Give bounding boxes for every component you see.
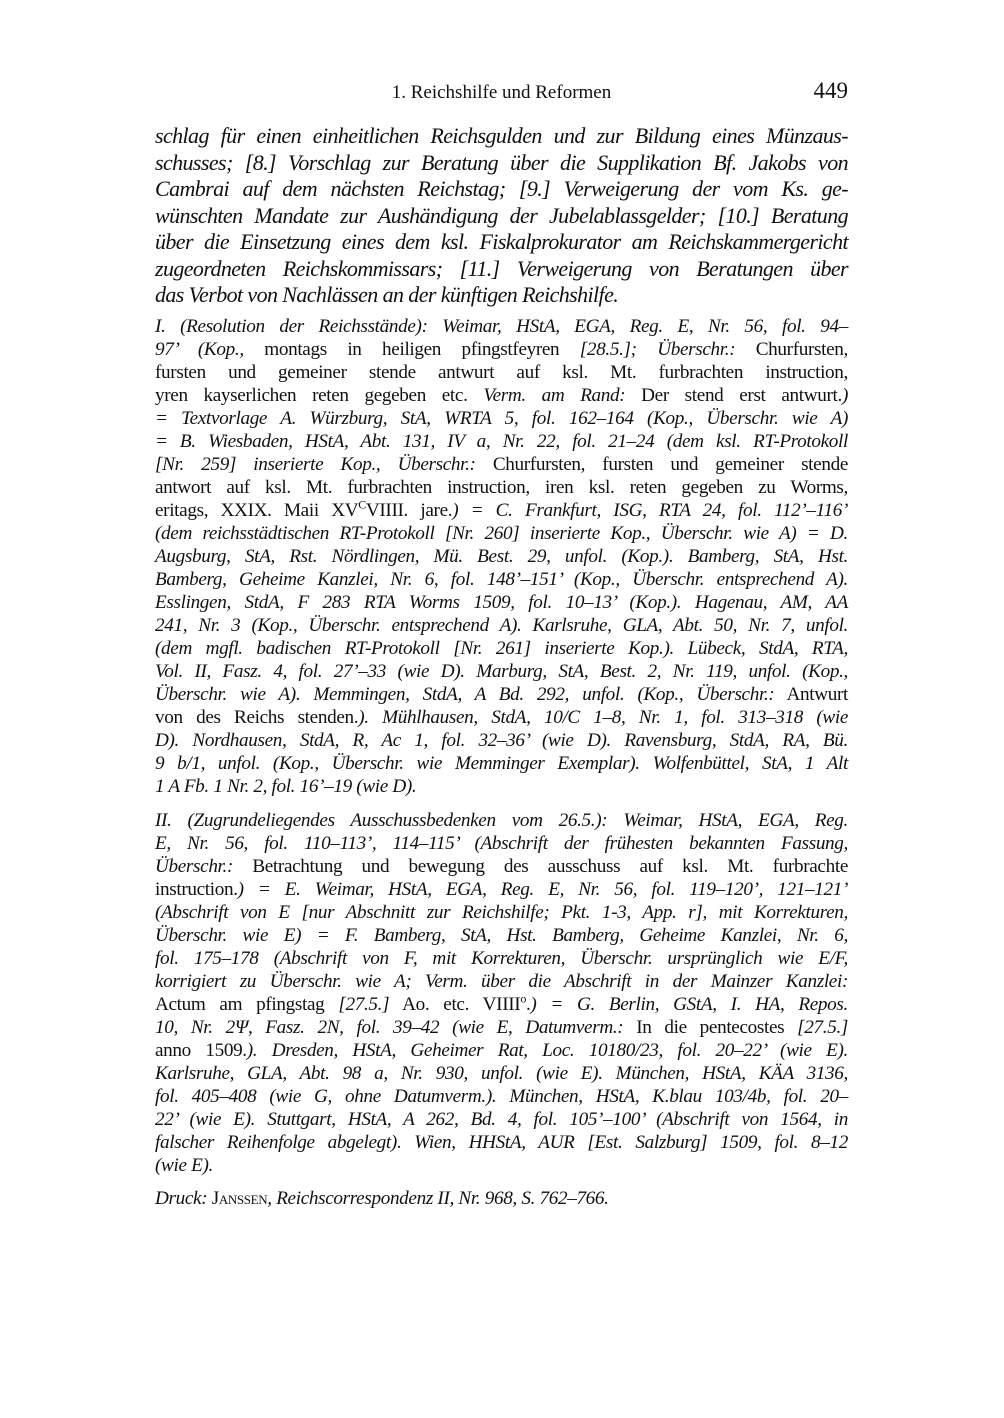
italic-run: 97’ (Kop., <box>155 339 244 360</box>
print-label: Druck: <box>155 1188 207 1209</box>
quoted-source-text: instruction. <box>155 879 238 900</box>
italic-run: 10, Nr. 2Ψ, Fasz. 2N, fol. 39–42 (wie E,… <box>155 1017 623 1038</box>
page-number: 449 <box>814 78 849 104</box>
quoted-source-text: Betrachtung und bewegung des ausschuss a… <box>233 856 848 877</box>
summary-line: über die Einsetzung eines dem ksl. Fiska… <box>155 229 848 256</box>
apparatus-line: 97’ (Kop., montags in heiligen pfingstfe… <box>155 338 848 361</box>
apparatus-line: E, Nr. 56, fol. 110–113’, 114–115’ (Absc… <box>155 832 848 855</box>
running-header: 1. Reichshilfe und Reformen 449 <box>155 80 848 108</box>
apparatus-line: anno 1509.). Dresden, HStA, Geheimer Rat… <box>155 1039 848 1062</box>
italic-run: [27.5.] <box>338 994 389 1015</box>
quoted-source-text: Antwurt <box>774 684 848 705</box>
apparatus-line: Actum am pfingstag [27.5.] Ao. etc. VIII… <box>155 993 848 1016</box>
apparatus-line: fursten und gemeiner stende antwurt auf … <box>155 361 848 384</box>
apparatus-line: Augsburg, StA, Rst. Nördlingen, Mü. Best… <box>155 545 848 568</box>
quoted-source-text: montags in heiligen pfingstfeyren <box>244 339 580 360</box>
apparatus-line: von des Reichs stenden.). Mühlhausen, St… <box>155 706 848 729</box>
summary-line: schusses; [8.] Vorschlag zur Beratung üb… <box>155 150 848 177</box>
summary-line: das Verbot von Nachlässen an der künftig… <box>155 282 848 309</box>
quoted-source-text: Churfursten, fursten und gemeiner stende <box>476 454 848 475</box>
quoted-source-text: anno 1509. <box>155 1040 247 1061</box>
source-apparatus-II: II. (Zugrundeliegendes Ausschussbedenken… <box>155 809 848 1177</box>
italic-run: ) = C. Frankfurt, ISG, RTA 24, fol. 112’… <box>452 500 848 521</box>
quoted-source-text: eritags, XXIX. Maii XV <box>155 500 358 521</box>
quoted-source-text: Actum am pfingstag <box>155 994 338 1015</box>
apparatus-line: = B. Wiesbaden, HStA, Abt. 131, IV a, Nr… <box>155 430 848 453</box>
summary-line: zugeordneten Reichskommissars; [11.] Ver… <box>155 256 848 283</box>
italic-run: Verm. am Rand: <box>483 385 625 406</box>
italic-run: ). Mühlhausen, StdA, 10/C 1–8, Nr. 1, fo… <box>358 707 848 728</box>
quoted-source-text: Churfursten, <box>735 339 848 360</box>
apparatus-line: fol. 175–178 (Abschrift von F, mit Korre… <box>155 947 848 970</box>
apparatus-line: D). Nordhausen, StdA, R, Ac 1, fol. 32–3… <box>155 729 848 752</box>
quoted-source-text: VIIII. jare. <box>366 500 452 521</box>
source-apparatus-I: I. (Resolution der Reichsstände): Weimar… <box>155 315 848 798</box>
summary-line: schlag für einen einheitlichen Reichsgul… <box>155 123 848 150</box>
apparatus-line: falscher Reihenfolge abgelegt). Wien, HH… <box>155 1131 848 1154</box>
italic-run: ) = E. Weimar, HStA, EGA, Reg. E, Nr. 56… <box>238 879 848 900</box>
apparatus-line: = Textvorlage A. Würzburg, StA, WRTA 5, … <box>155 407 848 430</box>
apparatus-line: Bamberg, Geheime Kanzlei, Nr. 6, fol. 14… <box>155 568 848 591</box>
apparatus-line: (Abschrift von E [nur Abschnitt zur Reic… <box>155 901 848 924</box>
summary-line: Cambrai auf dem nächsten Reichstag; [9.]… <box>155 176 848 203</box>
italic-run: ) = G. Berlin, GStA, I. HA, Repos. <box>530 994 848 1015</box>
apparatus-line: eritags, XXIX. Maii XVCVIIII. jare.) = C… <box>155 499 848 522</box>
print-line: Druck: Janssen, Reichscorrespondenz II, … <box>155 1187 848 1210</box>
apparatus-line: (wie E). <box>155 1154 848 1177</box>
apparatus-line: 241, Nr. 3 (Kop., Überschr. entsprechend… <box>155 614 848 637</box>
apparatus-line: [Nr. 259] inserierte Kop., Überschr.: Ch… <box>155 453 848 476</box>
summary-line: wünschten Mandate zur Aushändigung der J… <box>155 203 848 230</box>
apparatus-line: antwort auf ksl. Mt. furbrachten instruc… <box>155 476 848 499</box>
italic-run: Überschr.: <box>155 856 233 877</box>
apparatus-line: 22’ (wie E). Stuttgart, HStA, A 262, Bd.… <box>155 1108 848 1131</box>
apparatus-line: Überschr. wie A). Memmingen, StdA, A Bd.… <box>155 683 848 706</box>
apparatus-line: Karlsruhe, GLA, Abt. 98 a, Nr. 930, unfo… <box>155 1062 848 1085</box>
document-summary: schlag für einen einheitlichen Reichsgul… <box>155 123 848 309</box>
apparatus-line: 1 A Fb. 1 Nr. 2, fol. 16’–19 (wie D). <box>155 775 848 798</box>
apparatus-line: 10, Nr. 2Ψ, Fasz. 2N, fol. 39–42 (wie E,… <box>155 1016 848 1039</box>
quoted-source-text: Ao. etc. VIIII <box>389 994 520 1015</box>
italic-run: [Nr. 259] inserierte Kop., Überschr.: <box>155 454 476 475</box>
italic-run: Überschr. wie A). Memmingen, StdA, A Bd.… <box>155 684 774 705</box>
apparatus-line: Überschr.: Betrachtung und bewegung des … <box>155 855 848 878</box>
italic-run: [28.5.]; Überschr.: <box>580 339 735 360</box>
apparatus-line: (dem mgfl. badischen RT-Protokoll [Nr. 2… <box>155 637 848 660</box>
italic-run: ). Dresden, HStA, Geheimer Rat, Loc. 101… <box>247 1040 848 1061</box>
quoted-source-text: yren kayserlichen reten gegeben etc. <box>155 385 483 406</box>
apparatus-line: Überschr. wie E) = F. Bamberg, StA, Hst.… <box>155 924 848 947</box>
apparatus-line: (dem reichsstädtischen RT-Protokoll [Nr.… <box>155 522 848 545</box>
print-reference: Druck: Janssen, Reichscorrespondenz II, … <box>155 1187 848 1210</box>
apparatus-line: II. (Zugrundeliegendes Ausschussbedenken… <box>155 809 848 832</box>
italic-run: [27.5.] <box>797 1017 848 1038</box>
apparatus-line: 9 b/1, unfol. (Kop., Überschr. wie Memmi… <box>155 752 848 775</box>
italic-run: ) <box>842 385 848 406</box>
apparatus-line: yren kayserlichen reten gegeben etc. Ver… <box>155 384 848 407</box>
apparatus-line: instruction.) = E. Weimar, HStA, EGA, Re… <box>155 878 848 901</box>
running-title: 1. Reichshilfe und Reformen <box>155 82 848 104</box>
quoted-source-text: Der stend erst antwurt. <box>625 385 842 406</box>
apparatus-line: Vol. II, Fasz. 4, fol. 27’–33 (wie D). M… <box>155 660 848 683</box>
apparatus-line: fol. 405–408 (wie G, ohne Datumverm.). M… <box>155 1085 848 1108</box>
superscript: C <box>358 498 366 512</box>
print-citation: , Reichscorrespondenz II, Nr. 968, S. 76… <box>267 1188 608 1209</box>
apparatus-line: korrigiert zu Überschr. wie A; Verm. übe… <box>155 970 848 993</box>
apparatus-line: Esslingen, StdA, F 283 RTA Worms 1509, f… <box>155 591 848 614</box>
apparatus-line: I. (Resolution der Reichsstände): Weimar… <box>155 315 848 338</box>
quoted-source-text: In die pentecostes <box>623 1017 797 1038</box>
quoted-source-text: von des Reichs stenden. <box>155 707 358 728</box>
author-name: Janssen <box>212 1188 268 1209</box>
